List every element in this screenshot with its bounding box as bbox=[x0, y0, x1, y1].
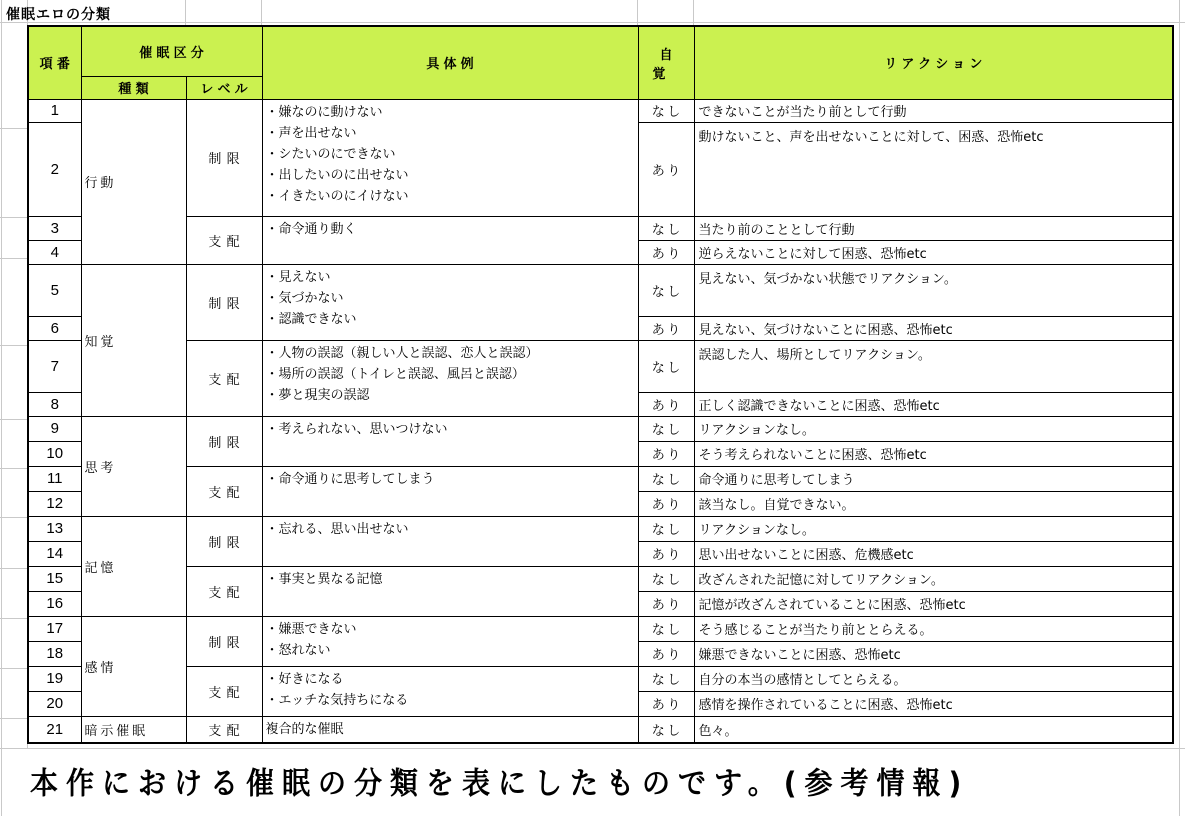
type-cell: 記憶 bbox=[81, 516, 186, 616]
awareness-cell: なし bbox=[638, 340, 694, 392]
footnote-caption: 本作における催眠の分類を表にしたものです。(参考情報) bbox=[30, 760, 969, 803]
example-line: ・考えられない、思いつけない bbox=[266, 419, 635, 440]
example-cell: ・嫌悪できない ・怒れない bbox=[262, 616, 638, 666]
item-no-cell: 4 bbox=[28, 240, 81, 264]
awareness-cell: なし bbox=[638, 264, 694, 316]
example-cell: ・嫌なのに動けない ・声を出せない ・シたいのにできない ・出したいのに出せない… bbox=[262, 99, 638, 216]
reaction-cell: 色々。 bbox=[694, 716, 1173, 743]
reaction-cell: リアクションなし。 bbox=[694, 516, 1173, 541]
example-line: ・好きになる bbox=[266, 669, 635, 690]
gridline bbox=[0, 668, 27, 669]
level-cell: 制限 bbox=[186, 99, 262, 216]
example-cell: ・考えられない、思いつけない bbox=[262, 416, 638, 466]
type-cell: 感情 bbox=[81, 616, 186, 716]
awareness-cell: あり bbox=[638, 240, 694, 264]
level-cell: 支配 bbox=[186, 566, 262, 616]
example-line: ・声を出せない bbox=[266, 123, 635, 144]
header-example: 具体例 bbox=[262, 26, 638, 99]
table-row: 17 感情 制限 ・嫌悪できない ・怒れない なし そう感じることが当たり前とと… bbox=[28, 616, 1173, 641]
gridline bbox=[261, 0, 262, 25]
awareness-cell: なし bbox=[638, 566, 694, 591]
table-row: 1 行動 制限 ・嫌なのに動けない ・声を出せない ・シたいのにできない ・出し… bbox=[28, 99, 1173, 122]
example-line: ・イきたいのにイけない bbox=[266, 186, 635, 207]
header-hypnosis-category: 催眠区分 bbox=[81, 26, 262, 76]
gridline bbox=[0, 568, 27, 569]
gridline bbox=[0, 468, 27, 469]
example-line: ・人物の誤認（親しい人と誤認、恋人と誤認） bbox=[266, 343, 635, 364]
awareness-cell: なし bbox=[638, 716, 694, 743]
example-cell: ・見えない ・気づかない ・認識できない bbox=[262, 264, 638, 340]
example-line: ・シたいのにできない bbox=[266, 144, 635, 165]
gridline bbox=[0, 419, 27, 420]
table-row: 7 支配 ・人物の誤認（親しい人と誤認、恋人と誤認） ・場所の誤認（トイレと誤認… bbox=[28, 340, 1173, 392]
gridline bbox=[0, 517, 27, 518]
item-no-cell: 20 bbox=[28, 691, 81, 716]
reaction-cell: そう感じることが当たり前ととらえる。 bbox=[694, 616, 1173, 641]
level-cell: 制限 bbox=[186, 516, 262, 566]
awareness-cell: なし bbox=[638, 666, 694, 691]
item-no-cell: 7 bbox=[28, 340, 81, 392]
example-line: ・嫌なのに動けない bbox=[266, 102, 635, 123]
table-row: 15 支配 ・事実と異なる記憶 なし 改ざんされた記憶に対してリアクション。 bbox=[28, 566, 1173, 591]
awareness-cell: なし bbox=[638, 616, 694, 641]
awareness-cell: なし bbox=[638, 466, 694, 491]
gridline bbox=[0, 128, 27, 129]
table-row: 5 知覚 制限 ・見えない ・気づかない ・認識できない なし 見えない、気づか… bbox=[28, 264, 1173, 316]
page-title: 催眠エロの分類 bbox=[6, 4, 111, 24]
item-no-cell: 13 bbox=[28, 516, 81, 541]
item-no-cell: 15 bbox=[28, 566, 81, 591]
reaction-cell: 見えない、気づかない状態でリアクション。 bbox=[694, 264, 1173, 316]
awareness-cell: あり bbox=[638, 316, 694, 340]
level-cell: 支配 bbox=[186, 666, 262, 716]
example-cell: ・好きになる ・エッチな気持ちになる bbox=[262, 666, 638, 716]
item-no-cell: 14 bbox=[28, 541, 81, 566]
reaction-cell: 当たり前のこととして行動 bbox=[694, 216, 1173, 240]
header-level: レベル bbox=[186, 76, 262, 99]
example-line: ・見えない bbox=[266, 267, 635, 288]
item-no-cell: 2 bbox=[28, 122, 81, 216]
example-cell: ・人物の誤認（親しい人と誤認、恋人と誤認） ・場所の誤認（トイレと誤認、風呂と誤… bbox=[262, 340, 638, 416]
gridline bbox=[0, 22, 1185, 23]
level-cell: 制限 bbox=[186, 416, 262, 466]
example-cell: ・命令通り動く bbox=[262, 216, 638, 264]
table-row: 19 支配 ・好きになる ・エッチな気持ちになる なし 自分の本当の感情としてと… bbox=[28, 666, 1173, 691]
reaction-cell: そう考えられないことに困惑、恐怖etc bbox=[694, 441, 1173, 466]
example-line: ・エッチな気持ちになる bbox=[266, 690, 635, 711]
spreadsheet-page: 催眠エロの分類 項番 催眠区分 具体例 自覚 リアクション 種類 レベル 1 行… bbox=[0, 0, 1185, 816]
gridline bbox=[1, 0, 2, 816]
item-no-cell: 11 bbox=[28, 466, 81, 491]
item-no-cell: 17 bbox=[28, 616, 81, 641]
table-row: 13 記憶 制限 ・忘れる、思い出せない なし リアクションなし。 bbox=[28, 516, 1173, 541]
table-row: 11 支配 ・命令通りに思考してしまう なし 命令通りに思考してしまう bbox=[28, 466, 1173, 491]
awareness-cell: なし bbox=[638, 99, 694, 122]
example-cell: ・事実と異なる記憶 bbox=[262, 566, 638, 616]
item-no-cell: 18 bbox=[28, 641, 81, 666]
level-cell: 支配 bbox=[186, 216, 262, 264]
header-item-no: 項番 bbox=[28, 26, 81, 99]
item-no-cell: 12 bbox=[28, 491, 81, 516]
example-line: ・事実と異なる記憶 bbox=[266, 569, 635, 590]
reaction-cell: 誤認した人、場所としてリアクション。 bbox=[694, 340, 1173, 392]
reaction-cell: 思い出せないことに困惑、危機感etc bbox=[694, 541, 1173, 566]
reaction-cell: 記憶が改ざんされていることに困惑、恐怖etc bbox=[694, 591, 1173, 616]
gridline bbox=[637, 0, 638, 25]
awareness-cell: あり bbox=[638, 641, 694, 666]
level-cell: 制限 bbox=[186, 616, 262, 666]
level-cell: 支配 bbox=[186, 716, 262, 743]
example-cell: ・命令通りに思考してしまう bbox=[262, 466, 638, 516]
item-no-cell: 3 bbox=[28, 216, 81, 240]
type-cell: 行動 bbox=[81, 99, 186, 264]
awareness-cell: あり bbox=[638, 541, 694, 566]
type-cell: 思考 bbox=[81, 416, 186, 516]
awareness-cell: あり bbox=[638, 441, 694, 466]
example-cell: ・忘れる、思い出せない bbox=[262, 516, 638, 566]
header-reaction: リアクション bbox=[694, 26, 1173, 99]
reaction-cell: 該当なし。自覚できない。 bbox=[694, 491, 1173, 516]
example-line: ・嫌悪できない bbox=[266, 619, 635, 640]
level-cell: 支配 bbox=[186, 340, 262, 416]
item-no-cell: 5 bbox=[28, 264, 81, 316]
reaction-cell: 見えない、気づけないことに困惑、恐怖etc bbox=[694, 316, 1173, 340]
awareness-cell: あり bbox=[638, 392, 694, 416]
reaction-cell: 正しく認識できないことに困惑、恐怖etc bbox=[694, 392, 1173, 416]
table-row: 21 暗示催眠 支配 複合的な催眠 なし 色々。 bbox=[28, 716, 1173, 743]
gridline bbox=[0, 258, 27, 259]
example-line: ・認識できない bbox=[266, 309, 635, 330]
type-cell: 知覚 bbox=[81, 264, 186, 416]
example-line: 複合的な催眠 bbox=[266, 719, 635, 740]
reaction-cell: リアクションなし。 bbox=[694, 416, 1173, 441]
gridline bbox=[1179, 0, 1180, 816]
classification-table: 項番 催眠区分 具体例 自覚 リアクション 種類 レベル 1 行動 制限 ・嫌な… bbox=[27, 25, 1174, 744]
header-awareness: 自覚 bbox=[638, 26, 694, 99]
reaction-cell: 改ざんされた記憶に対してリアクション。 bbox=[694, 566, 1173, 591]
reaction-cell: できないことが当たり前として行動 bbox=[694, 99, 1173, 122]
example-line: ・命令通り動く bbox=[266, 219, 635, 240]
item-no-cell: 1 bbox=[28, 99, 81, 122]
example-line: ・気づかない bbox=[266, 288, 635, 309]
example-line: ・出したいのに出せない bbox=[266, 165, 635, 186]
gridline bbox=[0, 217, 27, 218]
awareness-cell: なし bbox=[638, 416, 694, 441]
awareness-cell: あり bbox=[638, 691, 694, 716]
item-no-cell: 10 bbox=[28, 441, 81, 466]
awareness-cell: あり bbox=[638, 122, 694, 216]
example-line: ・命令通りに思考してしまう bbox=[266, 469, 635, 490]
level-cell: 支配 bbox=[186, 466, 262, 516]
reaction-cell: 自分の本当の感情としてとらえる。 bbox=[694, 666, 1173, 691]
example-cell: 複合的な催眠 bbox=[262, 716, 638, 743]
gridline bbox=[185, 0, 186, 25]
reaction-cell: 感情を操作されていることに困惑、恐怖etc bbox=[694, 691, 1173, 716]
reaction-cell: 命令通りに思考してしまう bbox=[694, 466, 1173, 491]
gridline bbox=[693, 0, 694, 25]
awareness-cell: あり bbox=[638, 491, 694, 516]
example-line: ・場所の誤認（トイレと誤認、風呂と誤認） bbox=[266, 364, 635, 385]
example-line: ・夢と現実の誤認 bbox=[266, 385, 635, 406]
reaction-cell: 逆らえないことに対して困惑、恐怖etc bbox=[694, 240, 1173, 264]
example-line: ・忘れる、思い出せない bbox=[266, 519, 635, 540]
reaction-cell: 嫌悪できないことに困惑、恐怖etc bbox=[694, 641, 1173, 666]
table-row: 3 支配 ・命令通り動く なし 当たり前のこととして行動 bbox=[28, 216, 1173, 240]
item-no-cell: 8 bbox=[28, 392, 81, 416]
awareness-cell: なし bbox=[638, 216, 694, 240]
gridline bbox=[0, 618, 27, 619]
type-cell: 暗示催眠 bbox=[81, 716, 186, 743]
reaction-cell: 動けないこと、声を出せないことに対して、困惑、恐怖etc bbox=[694, 122, 1173, 216]
item-no-cell: 6 bbox=[28, 316, 81, 340]
header-type: 種類 bbox=[81, 76, 186, 99]
example-line: ・怒れない bbox=[266, 640, 635, 661]
awareness-cell: なし bbox=[638, 516, 694, 541]
item-no-cell: 19 bbox=[28, 666, 81, 691]
item-no-cell: 9 bbox=[28, 416, 81, 441]
gridline bbox=[0, 345, 27, 346]
awareness-cell: あり bbox=[638, 591, 694, 616]
gridline bbox=[0, 748, 1185, 749]
item-no-cell: 16 bbox=[28, 591, 81, 616]
table-row: 9 思考 制限 ・考えられない、思いつけない なし リアクションなし。 bbox=[28, 416, 1173, 441]
level-cell: 制限 bbox=[186, 264, 262, 340]
gridline bbox=[0, 718, 27, 719]
item-no-cell: 21 bbox=[28, 716, 81, 743]
